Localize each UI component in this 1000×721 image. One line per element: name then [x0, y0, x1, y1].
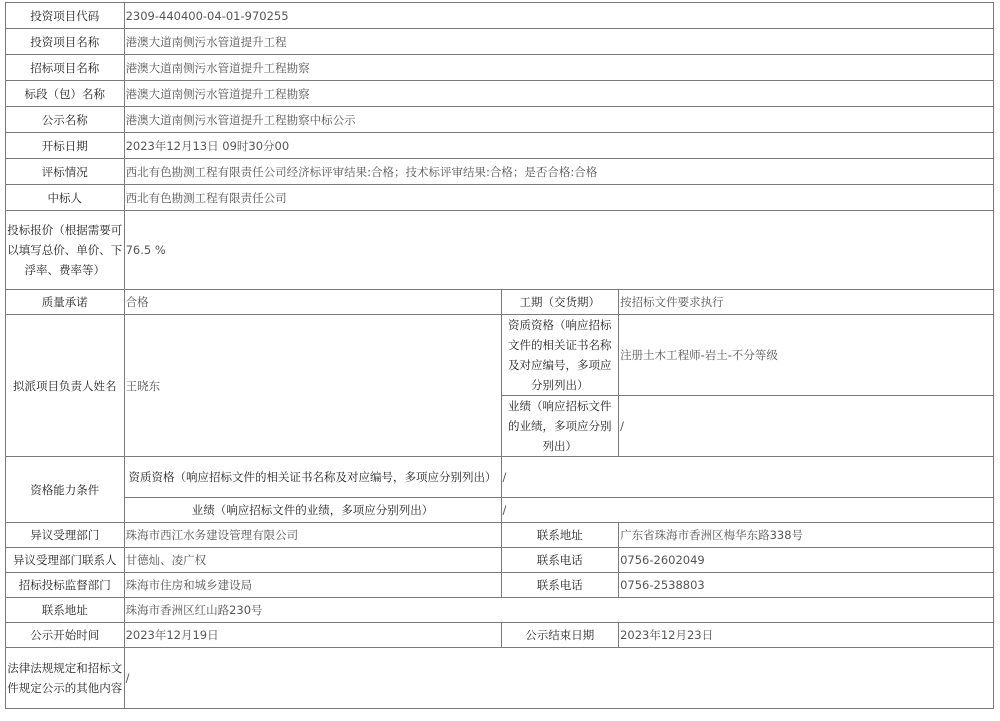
value-capability-performance: /	[501, 498, 994, 523]
label-supervisor-address: 联系地址	[6, 598, 125, 623]
label-duration: 工期（交货期）	[501, 290, 619, 315]
row-other: 法律法规规定和招标文件规定公示的其他内容 /	[6, 648, 994, 709]
row-quality-duration: 质量承诺 合格 工期（交货期） 按招标文件要求执行	[6, 290, 994, 315]
label-winner: 中标人	[6, 185, 125, 211]
value-quality: 合格	[124, 290, 501, 315]
label-capability-performance: 业绩（响应招标文件的业绩，多项应分别列出）	[124, 498, 501, 523]
value-section-name: 港澳大道南侧污水管道提升工程勘察	[124, 81, 993, 107]
row-evaluation: 评标情况 西北有色勘测工程有限责任公司经济标评审结果:合格；技术标评审结果:合格…	[6, 159, 994, 185]
row-notice-period: 公示开始时间 2023年12月19日 公示结束日期 2023年12月23日	[6, 623, 994, 648]
value-duration: 按招标文件要求执行	[619, 290, 994, 315]
row-winner: 中标人 西北有色勘测工程有限责任公司	[6, 185, 994, 211]
row-notice-name: 公示名称 港澳大道南侧污水管道提升工程勘察中标公示	[6, 107, 994, 133]
value-supervisor-address: 珠海市香洲区红山路230号	[124, 598, 993, 623]
label-capability-qualification: 资质资格（响应招标文件的相关证书名称及对应编号，多项应分别列出）	[124, 457, 501, 498]
label-notice-start: 公示开始时间	[6, 623, 125, 648]
label-manager-performance: 业绩（响应招标文件的业绩，多项应分别列出）	[501, 396, 619, 457]
row-opening-date: 开标日期 2023年12月13日 09时30分00	[6, 133, 994, 159]
value-notice-end: 2023年12月23日	[619, 623, 994, 648]
value-opening-date: 2023年12月13日 09时30分00	[124, 133, 993, 159]
label-objection-dept: 异议受理部门	[6, 523, 125, 548]
value-winner: 西北有色勘测工程有限责任公司	[124, 185, 993, 211]
value-objection-address: 广东省珠海市香洲区梅华东路338号	[619, 523, 994, 548]
value-manager: 王晓东	[124, 315, 501, 457]
bid-result-table: 投资项目代码 2309-440400-04-01-970255 投资项目名称 港…	[5, 2, 994, 709]
value-objection-contact: 甘德灿、凌广权	[124, 548, 501, 573]
label-notice-end: 公示结束日期	[501, 623, 619, 648]
label-capability: 资格能力条件	[6, 457, 125, 523]
label-notice-name: 公示名称	[6, 107, 125, 133]
label-opening-date: 开标日期	[6, 133, 125, 159]
label-supervisor-phone: 联系电话	[501, 573, 619, 598]
label-manager: 拟派项目负责人姓名	[6, 315, 125, 457]
value-objection-phone: 0756-2602049	[619, 548, 994, 573]
row-project-name: 投资项目名称 港澳大道南侧污水管道提升工程	[6, 29, 994, 55]
label-objection-phone: 联系电话	[501, 548, 619, 573]
row-bid-price: 投标报价（根据需要可以填写总价、单价、下浮率、费率等） 76.5 %	[6, 211, 994, 290]
label-objection-address: 联系地址	[501, 523, 619, 548]
value-project-name: 港澳大道南侧污水管道提升工程	[124, 29, 993, 55]
value-manager-qualification: 注册土木工程师-岩土-不分等级	[619, 315, 994, 396]
row-project-code: 投资项目代码 2309-440400-04-01-970255	[6, 3, 994, 29]
row-capability-qualification: 资格能力条件 资质资格（响应招标文件的相关证书名称及对应编号，多项应分别列出） …	[6, 457, 994, 498]
label-supervisor: 招标投标监督部门	[6, 573, 125, 598]
label-objection-contact: 异议受理部门联系人	[6, 548, 125, 573]
value-objection-dept: 珠海市西江水务建设管理有限公司	[124, 523, 501, 548]
row-objection-dept: 异议受理部门 珠海市西江水务建设管理有限公司 联系地址 广东省珠海市香洲区梅华东…	[6, 523, 994, 548]
row-manager-qualification: 拟派项目负责人姓名 王晓东 资质资格（响应招标文件的相关证书名称及对应编号，多项…	[6, 315, 994, 396]
label-other: 法律法规规定和招标文件规定公示的其他内容	[6, 648, 125, 709]
label-project-code: 投资项目代码	[6, 3, 125, 29]
row-supervisor-address: 联系地址 珠海市香洲区红山路230号	[6, 598, 994, 623]
value-supervisor: 珠海市住房和城乡建设局	[124, 573, 501, 598]
label-section-name: 标段（包）名称	[6, 81, 125, 107]
label-evaluation: 评标情况	[6, 159, 125, 185]
value-supervisor-phone: 0756-2538803	[619, 573, 994, 598]
label-manager-qualification: 资质资格（响应招标文件的相关证书名称及对应编号，多项应分别列出）	[501, 315, 619, 396]
value-evaluation: 西北有色勘测工程有限责任公司经济标评审结果:合格；技术标评审结果:合格；是否合格…	[124, 159, 993, 185]
label-bid-price: 投标报价（根据需要可以填写总价、单价、下浮率、费率等）	[6, 211, 125, 290]
value-bid-price: 76.5 %	[124, 211, 993, 290]
row-objection-contact: 异议受理部门联系人 甘德灿、凌广权 联系电话 0756-2602049	[6, 548, 994, 573]
label-quality: 质量承诺	[6, 290, 125, 315]
value-tender-name: 港澳大道南侧污水管道提升工程勘察	[124, 55, 993, 81]
value-project-code: 2309-440400-04-01-970255	[124, 3, 993, 29]
value-other: /	[124, 648, 993, 709]
label-project-name: 投资项目名称	[6, 29, 125, 55]
row-capability-performance: 业绩（响应招标文件的业绩，多项应分别列出） /	[6, 498, 994, 523]
row-supervisor: 招标投标监督部门 珠海市住房和城乡建设局 联系电话 0756-2538803	[6, 573, 994, 598]
value-capability-qualification: /	[501, 457, 994, 498]
row-section-name: 标段（包）名称 港澳大道南侧污水管道提升工程勘察	[6, 81, 994, 107]
row-tender-name: 招标项目名称 港澳大道南侧污水管道提升工程勘察	[6, 55, 994, 81]
value-notice-name: 港澳大道南侧污水管道提升工程勘察中标公示	[124, 107, 993, 133]
label-tender-name: 招标项目名称	[6, 55, 125, 81]
value-notice-start: 2023年12月19日	[124, 623, 501, 648]
value-manager-performance: /	[619, 396, 994, 457]
